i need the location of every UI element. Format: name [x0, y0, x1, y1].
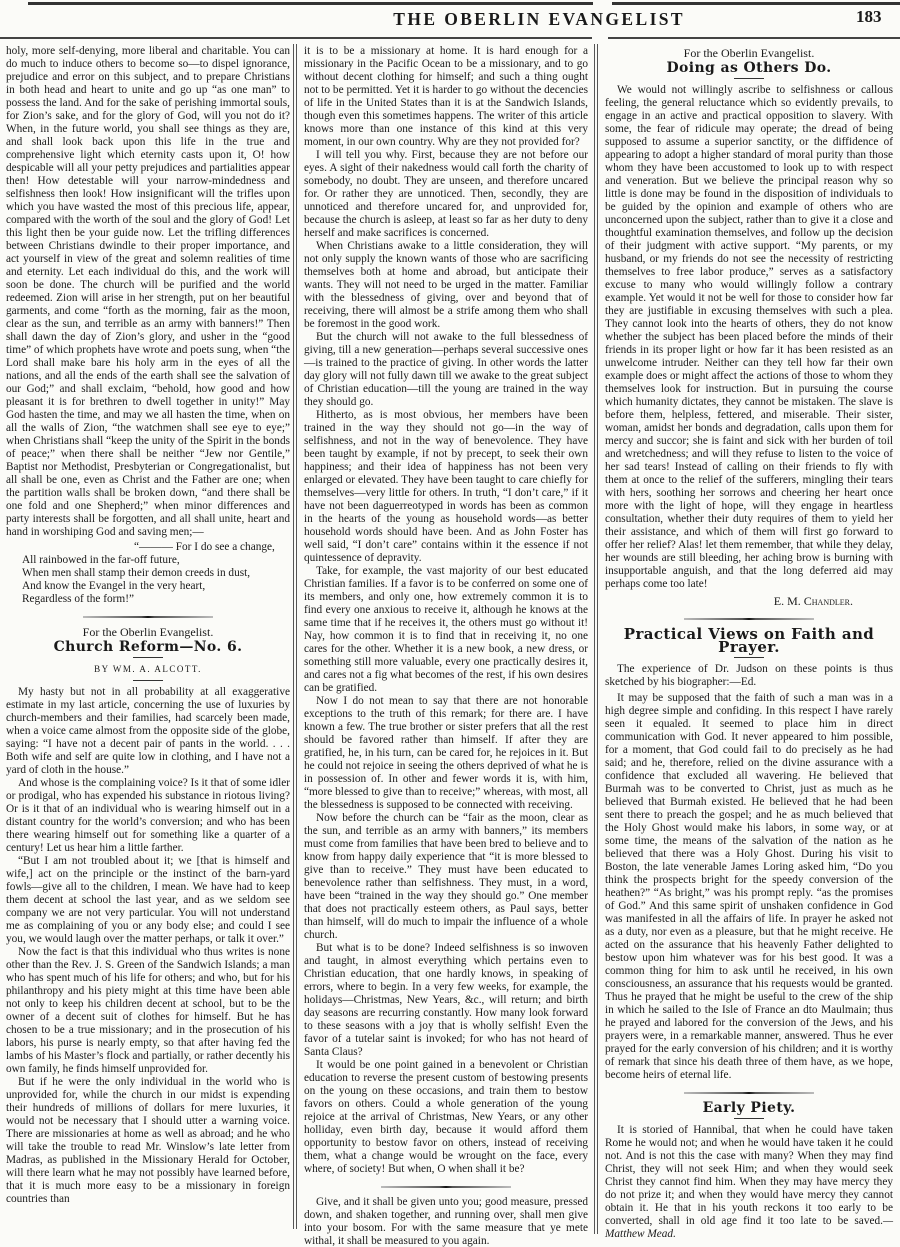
source-line: For the Oberlin Evangelist. — [6, 626, 290, 639]
article-paragraph: Take, for example, the vast majority of … — [304, 565, 588, 695]
article-paragraph: We would not willingly ascribe to selfis… — [605, 84, 893, 591]
header-rule-right — [608, 37, 900, 39]
article-headline: Doing as Others Do. — [605, 62, 893, 75]
article-paragraph: Now before the church can be “fair as th… — [304, 812, 588, 942]
article-paragraph: It would be one point gained in a benevo… — [304, 1059, 588, 1176]
article-paragraph: “But I am not troubled about it; we [tha… — [6, 855, 290, 946]
poem-quote: “——— For I do see a change, All rainbowe… — [22, 541, 290, 606]
section-divider — [684, 618, 814, 620]
scripture-quote: Give, and it shall be given unto you; go… — [304, 1196, 588, 1247]
top-rule-right — [612, 2, 900, 5]
poem-line: All rainbowed in the far-off future, — [22, 554, 290, 567]
column-divider-2 — [594, 44, 598, 1234]
section-divider — [381, 1186, 511, 1188]
article-paragraph: It is storied of Hannibal, that when he … — [605, 1124, 893, 1241]
poem-line: And know the Evangel in the very heart, — [22, 580, 290, 593]
article-author: BY WM. A. ALCOTT. — [6, 663, 290, 676]
article-paragraph: It may be supposed that the faith of suc… — [605, 692, 893, 1082]
short-rule — [734, 1118, 764, 1119]
article-text: It is storied of Hannibal, that when he … — [605, 1124, 893, 1227]
top-rule-left — [28, 2, 593, 5]
short-rule — [133, 657, 163, 658]
column-1: holy, more self-denying, more liberal an… — [6, 45, 290, 1206]
article-headline: Early Piety. — [605, 1102, 893, 1115]
source-line: For the Oberlin Evangelist. — [605, 47, 893, 60]
article-headline: Church Reform—No. 6. — [6, 641, 290, 654]
page-number: 183 — [856, 7, 882, 27]
continued-article-text: holy, more self-denying, more liberal an… — [6, 45, 290, 539]
masthead: THE OBERLIN EVANGELIST 183 — [0, 0, 900, 38]
article-paragraph: But the church will not awake to the ful… — [304, 331, 588, 409]
article-paragraph: But what is to be done? Indeed selfishne… — [304, 942, 588, 1059]
section-divider — [684, 1092, 814, 1094]
article-paragraph: My hasty but not in all probability at a… — [6, 686, 290, 777]
short-rule — [734, 78, 764, 79]
article-paragraph: When Christians awake to a little consid… — [304, 240, 588, 331]
article-paragraph: Hitherto, as is most obvious, her member… — [304, 409, 588, 565]
poem-line: “——— For I do see a change, — [22, 541, 290, 554]
poem-line: When men shall stamp their demon creeds … — [22, 567, 290, 580]
article-paragraph: But if he were the only individual in th… — [6, 1076, 290, 1206]
header-rule-left — [0, 37, 592, 39]
article-intro: The experience of Dr. Judson on these po… — [605, 663, 893, 689]
newspaper-title: THE OBERLIN EVANGELIST — [0, 9, 685, 30]
article-paragraph: And whose is the complaining voice? Is i… — [6, 777, 290, 855]
article-headline: Practical Views on Faith and Prayer. — [605, 628, 893, 654]
article-paragraph: Now the fact is that this individual who… — [6, 946, 290, 1076]
column-divider-1 — [293, 44, 297, 1229]
article-paragraph: Now I do not mean to say that there are … — [304, 695, 588, 812]
article-signature: E. M. Chandler. — [605, 595, 893, 608]
short-rule — [734, 657, 764, 658]
article-paragraph: I will tell you why. First, because they… — [304, 149, 588, 240]
short-rule — [133, 680, 163, 681]
poem-line: Regardless of the form!” — [22, 593, 290, 606]
column-2: it is to be a missionary at home. It is … — [304, 45, 588, 1247]
section-divider — [83, 616, 213, 618]
article-paragraph: it is to be a missionary at home. It is … — [304, 45, 588, 149]
column-3: For the Oberlin Evangelist. Doing as Oth… — [605, 45, 893, 1241]
